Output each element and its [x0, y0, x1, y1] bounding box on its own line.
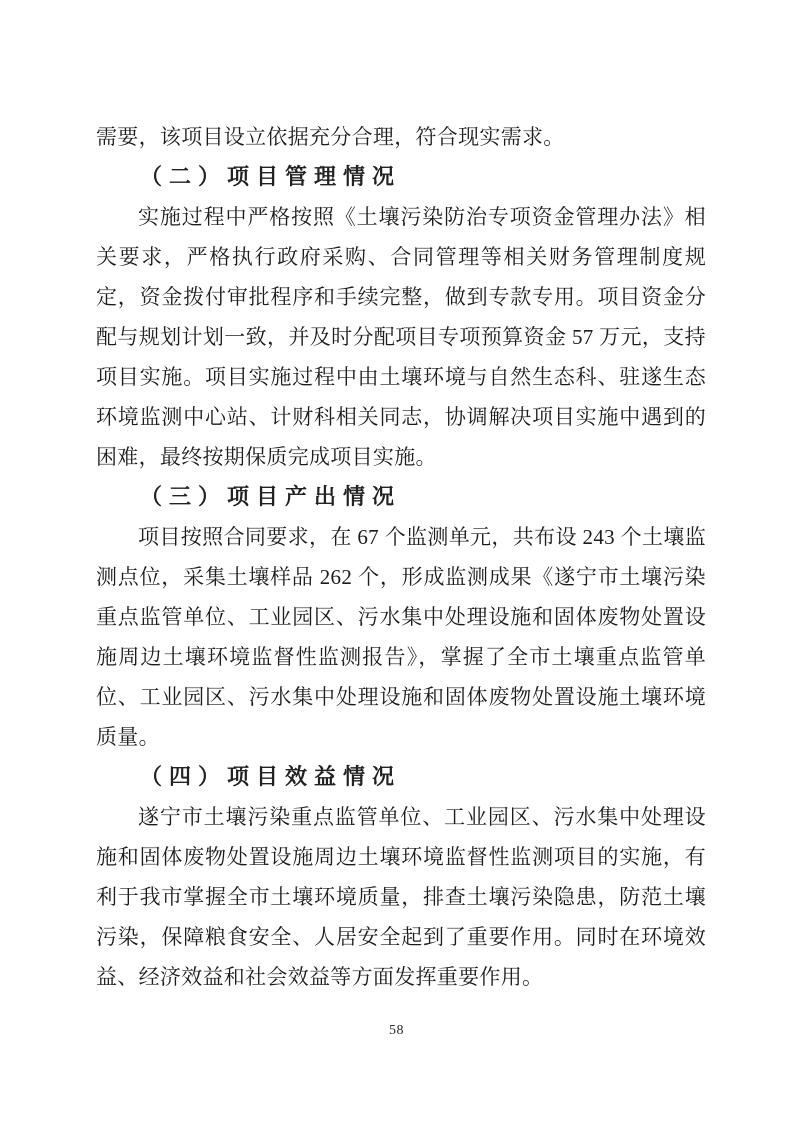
paragraph-project-benefit: 遂宁市土壤污染重点监管单位、工业园区、污水集中处理设施和固体废物处置设施周边土壤…: [96, 797, 706, 997]
section-heading-project-output: （三）项目产出情况: [96, 477, 706, 517]
section-heading-project-management: （二）项目管理情况: [96, 157, 706, 197]
paragraph-conclusion-continuation: 需要，该项目设立依据充分合理，符合现实需求。: [96, 117, 706, 157]
document-page: 需要，该项目设立依据充分合理，符合现实需求。 （二）项目管理情况 实施过程中严格…: [0, 0, 793, 1122]
section-heading-project-benefit: （四）项目效益情况: [96, 757, 706, 797]
paragraph-project-output: 项目按照合同要求，在 67 个监测单元，共布设 243 个土壤监测点位，采集土壤…: [96, 517, 706, 757]
paragraph-project-management: 实施过程中严格按照《土壤污染防治专项资金管理办法》相关要求，严格执行政府采购、合…: [96, 197, 706, 477]
page-number: 58: [0, 1022, 793, 1040]
document-body: 需要，该项目设立依据充分合理，符合现实需求。 （二）项目管理情况 实施过程中严格…: [96, 117, 706, 997]
